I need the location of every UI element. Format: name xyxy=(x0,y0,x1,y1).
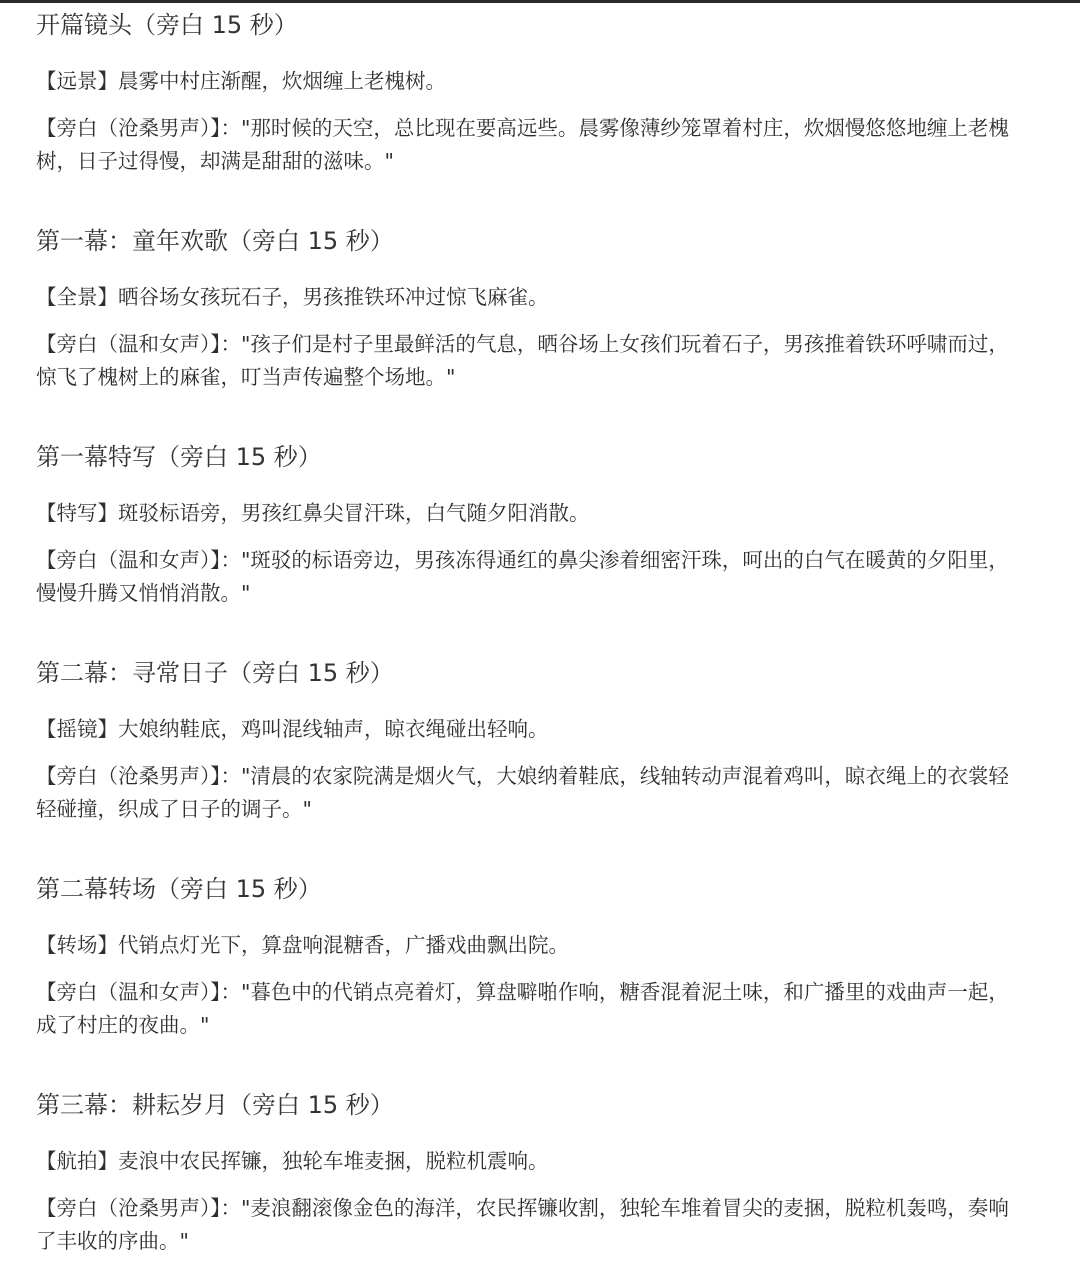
narration-text: 【旁白（温和女声）】："暮色中的代销点亮着灯，算盘噼啪作响，糖香混着泥土味，和广… xyxy=(36,976,1026,1042)
narration-text: 【旁白（温和女声）】："孩子们是村子里最鲜活的气息，晒谷场上女孩们玩着石子，男孩… xyxy=(36,328,1026,394)
section-heading: 第二幕：寻常日子（旁白 15 秒） xyxy=(36,658,394,688)
narration-text: 【旁白（沧桑男声）】："麦浪翻滚像金色的海洋，农民挥镰收割，独轮车堆着冒尖的麦捆… xyxy=(36,1192,1026,1258)
section-heading: 第三幕：耕耘岁月（旁白 15 秒） xyxy=(36,1090,394,1120)
narration-text: 【旁白（沧桑男声）】："清晨的农家院满是烟火气，大娘纳着鞋底，线轴转动声混着鸡叫… xyxy=(36,760,1026,826)
top-border xyxy=(0,0,1080,3)
section-heading: 第二幕转场（旁白 15 秒） xyxy=(36,874,322,904)
section-heading: 开篇镜头（旁白 15 秒） xyxy=(36,10,298,40)
section-heading: 第一幕：童年欢歌（旁白 15 秒） xyxy=(36,226,394,256)
shot-description: 【远景】晨雾中村庄渐醒，炊烟缠上老槐树。 xyxy=(36,66,446,96)
shot-description: 【摇镜】大娘纳鞋底，鸡叫混线轴声，晾衣绳碰出轻响。 xyxy=(36,714,549,744)
shot-description: 【全景】晒谷场女孩玩石子，男孩推铁环冲过惊飞麻雀。 xyxy=(36,282,549,312)
shot-description: 【航拍】麦浪中农民挥镰，独轮车堆麦捆，脱粒机震响。 xyxy=(36,1146,549,1176)
section-heading: 第一幕特写（旁白 15 秒） xyxy=(36,442,322,472)
shot-description: 【转场】代销点灯光下，算盘响混糖香，广播戏曲飘出院。 xyxy=(36,930,569,960)
narration-text: 【旁白（沧桑男声）】："那时候的天空，总比现在要高远些。晨雾像薄纱笼罩着村庄，炊… xyxy=(36,112,1026,178)
narration-text: 【旁白（温和女声）】："斑驳的标语旁边，男孩冻得通红的鼻尖渗着细密汗珠，呵出的白… xyxy=(36,544,1026,610)
shot-description: 【特写】斑驳标语旁，男孩红鼻尖冒汗珠，白气随夕阳消散。 xyxy=(36,498,590,528)
